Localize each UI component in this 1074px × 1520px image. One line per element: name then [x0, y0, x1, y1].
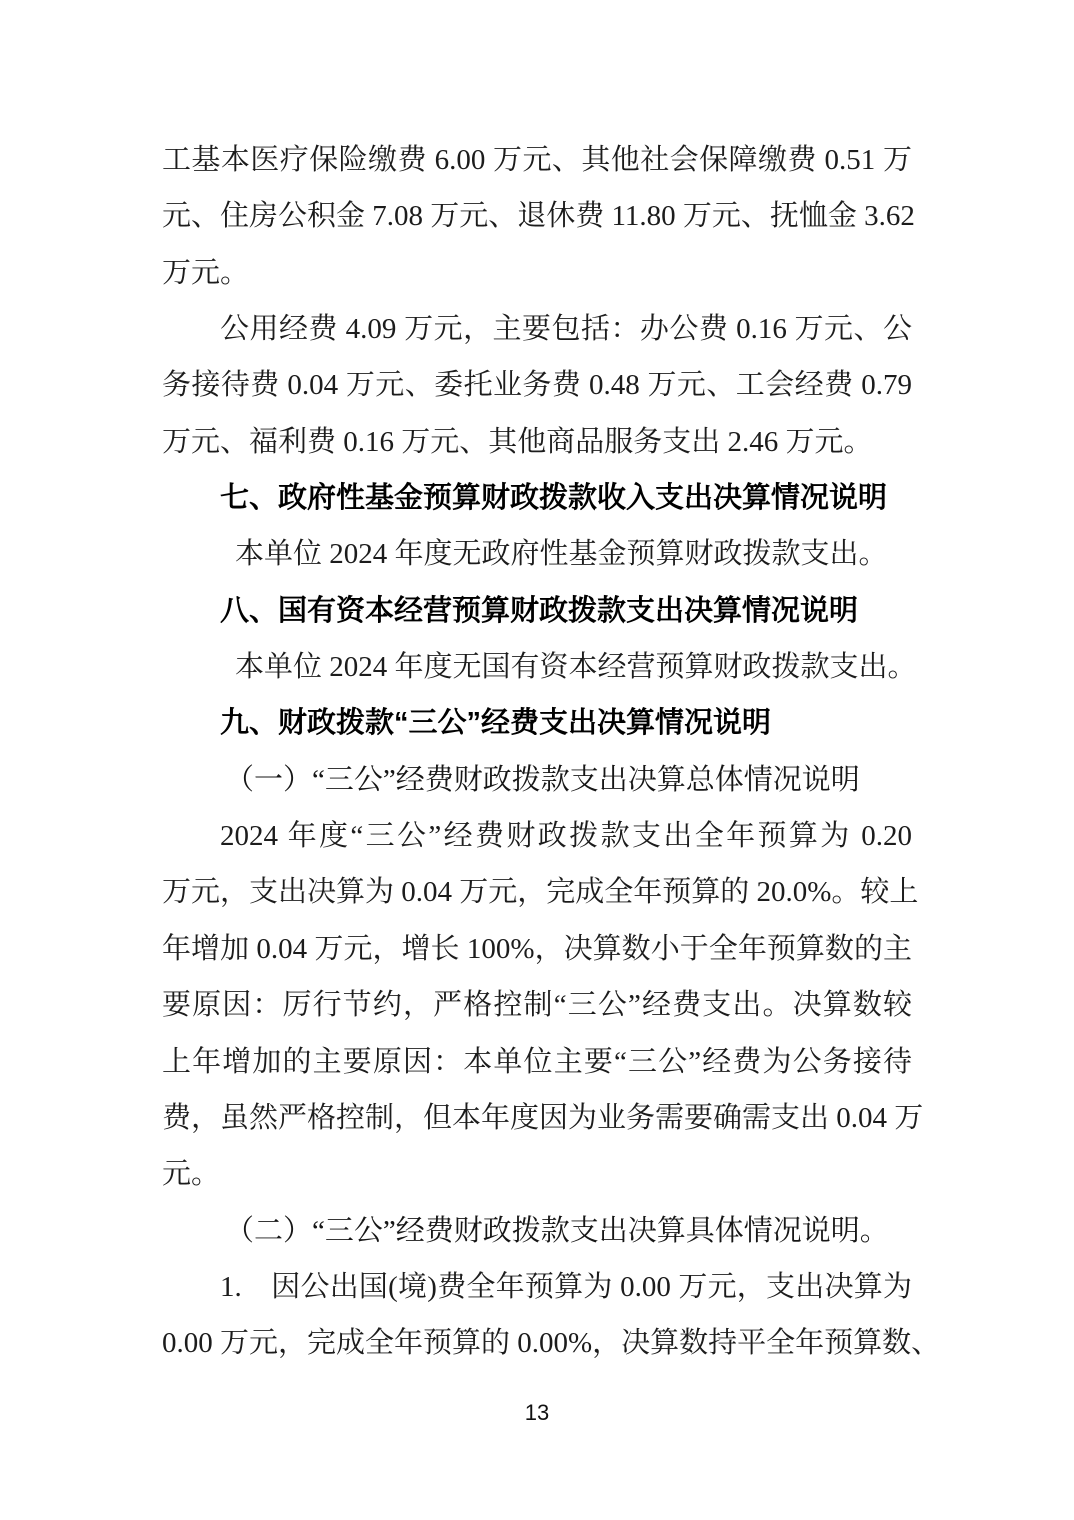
section-heading: 八、国有资本经营预算财政拨款支出决算情况说明 [162, 583, 912, 639]
document-page: 工基本医疗保险缴费 6.00 万元、其他社会保障缴费 0.51 万 元、住房公积… [0, 0, 1074, 1520]
text-line: 本单位 2024 年度无政府性基金预算财政拨款支出。 [162, 526, 912, 582]
text-line: 务接待费 0.04 万元、委托业务费 0.48 万元、工会经费 0.79 [162, 357, 912, 413]
section-heading: 七、政府性基金预算财政拨款收入支出决算情况说明 [162, 470, 912, 526]
text-line: 1. 因公出国(境)费全年预算为 0.00 万元，支出决算为 [162, 1259, 912, 1315]
document-body: 工基本医疗保险缴费 6.00 万元、其他社会保障缴费 0.51 万 元、住房公积… [162, 132, 912, 1372]
text-line: 万元、福利费 0.16 万元、其他商品服务支出 2.46 万元。 [162, 414, 912, 470]
text-line: 工基本医疗保险缴费 6.00 万元、其他社会保障缴费 0.51 万 [162, 132, 912, 188]
text-line: 公用经费 4.09 万元，主要包括：办公费 0.16 万元、公 [162, 301, 912, 357]
subsection-heading: （二）“三公”经费财政拨款支出决算具体情况说明。 [162, 1203, 912, 1259]
text-line: 万元。 [162, 245, 912, 301]
text-line: 要原因：厉行节约，严格控制“三公”经费支出。决算数较 [162, 977, 912, 1033]
text-line: 费，虽然严格控制，但本年度因为业务需要确需支出 0.04 万 [162, 1090, 912, 1146]
section-heading: 九、财政拨款“三公”经费支出决算情况说明 [162, 695, 912, 751]
text-line: 元。 [162, 1146, 912, 1202]
text-line: 2024 年度“三公”经费财政拨款支出全年预算为 0.20 [162, 808, 912, 864]
text-line: 上年增加的主要原因：本单位主要“三公”经费为公务接待 [162, 1034, 912, 1090]
text-line: 0.00 万元，完成全年预算的 0.00%，决算数持平全年预算数、 [162, 1315, 912, 1371]
text-line: 年增加 0.04 万元，增长 100%，决算数小于全年预算数的主 [162, 921, 912, 977]
page-number: 13 [525, 1400, 549, 1425]
text-line: 万元，支出决算为 0.04 万元，完成全年预算的 20.0%。较上 [162, 864, 912, 920]
text-line: 本单位 2024 年度无国有资本经营预算财政拨款支出。 [162, 639, 912, 695]
text-line: 元、住房公积金 7.08 万元、退休费 11.80 万元、抚恤金 3.62 [162, 188, 912, 244]
subsection-heading: （一）“三公”经费财政拨款支出决算总体情况说明 [162, 752, 912, 808]
page-footer: 13 [0, 1400, 1074, 1426]
